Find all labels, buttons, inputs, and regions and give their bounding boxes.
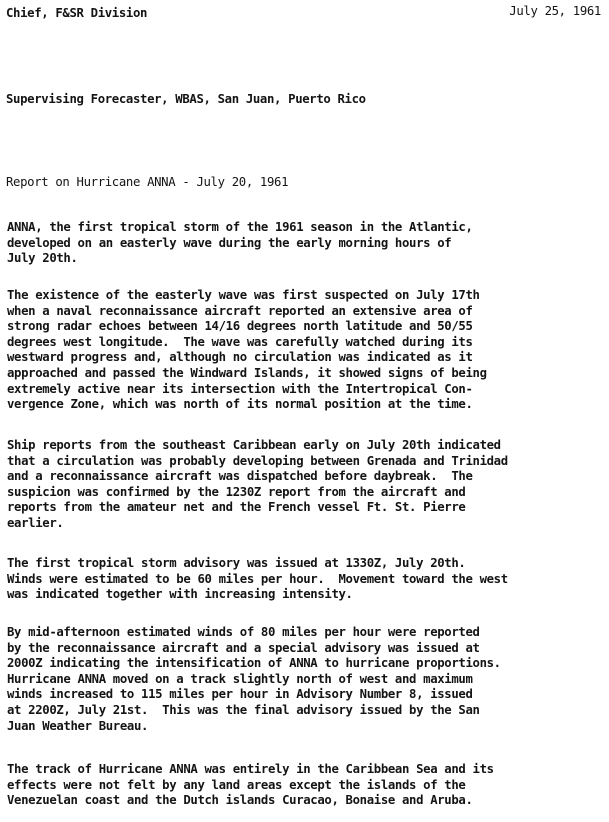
paragraph-line: developed on an easterly wave during the… bbox=[7, 236, 607, 252]
paragraph-intensification: By mid-afternoon estimated winds of 80 m… bbox=[7, 625, 607, 734]
paragraph-line: degrees west longitude. The wave was car… bbox=[7, 335, 607, 351]
paragraph-line: Hurricane ANNA moved on a track slightly… bbox=[7, 672, 607, 688]
paragraph-line: extremely active near its intersection w… bbox=[7, 382, 607, 398]
memo-date: July 25, 1961 bbox=[509, 4, 601, 18]
paragraph-easterly-wave: The existence of the easterly wave was f… bbox=[7, 288, 607, 413]
paragraph-line: approached and passed the Windward Islan… bbox=[7, 366, 607, 382]
paragraph-formation: ANNA, the first tropical storm of the 19… bbox=[7, 220, 607, 267]
memo-subject: Report on Hurricane ANNA - July 20, 1961 bbox=[6, 175, 288, 189]
paragraph-line: The first tropical storm advisory was is… bbox=[7, 556, 607, 572]
paragraph-line: vergence Zone, which was north of its no… bbox=[7, 397, 607, 413]
memo-from-line: Chief, F&SR Division bbox=[6, 6, 147, 20]
paragraph-line: Venezuelan coast and the Dutch islands C… bbox=[7, 793, 607, 809]
paragraph-line: 2000Z indicating the intensification of … bbox=[7, 656, 607, 672]
paragraph-first-advisory: The first tropical storm advisory was is… bbox=[7, 556, 607, 603]
paragraph-line: ANNA, the first tropical storm of the 19… bbox=[7, 220, 607, 236]
paragraph-track: The track of Hurricane ANNA was entirely… bbox=[7, 762, 607, 809]
paragraph-line: The existence of the easterly wave was f… bbox=[7, 288, 607, 304]
paragraph-line: reports from the amateur net and the Fre… bbox=[7, 500, 607, 516]
paragraph-line: Juan Weather Bureau. bbox=[7, 719, 607, 735]
paragraph-line: when a naval reconnaissance aircraft rep… bbox=[7, 304, 607, 320]
paragraph-line: The track of Hurricane ANNA was entirely… bbox=[7, 762, 607, 778]
paragraph-line: suspicion was confirmed by the 1230Z rep… bbox=[7, 485, 607, 501]
paragraph-line: Ship reports from the southeast Caribbea… bbox=[7, 438, 607, 454]
memo-to-line: Supervising Forecaster, WBAS, San Juan, … bbox=[6, 92, 366, 106]
paragraph-line: and a reconnaissance aircraft was dispat… bbox=[7, 469, 607, 485]
paragraph-line: strong radar echoes between 14/16 degree… bbox=[7, 319, 607, 335]
paragraph-line: at 2200Z, July 21st. This was the final … bbox=[7, 703, 607, 719]
paragraph-line: was indicated together with increasing i… bbox=[7, 587, 607, 603]
paragraph-line: July 20th. bbox=[7, 251, 607, 267]
paragraph-line: Winds were estimated to be 60 miles per … bbox=[7, 572, 607, 588]
paragraph-line: winds increased to 115 miles per hour in… bbox=[7, 687, 607, 703]
paragraph-line: by the reconnaissance aircraft and a spe… bbox=[7, 641, 607, 657]
paragraph-ship-reports: Ship reports from the southeast Caribbea… bbox=[7, 438, 607, 532]
paragraph-line: that a circulation was probably developi… bbox=[7, 454, 607, 470]
paragraph-line: earlier. bbox=[7, 516, 607, 532]
paragraph-line: westward progress and, although no circu… bbox=[7, 350, 607, 366]
paragraph-line: By mid-afternoon estimated winds of 80 m… bbox=[7, 625, 607, 641]
paragraph-line: effects were not felt by any land areas … bbox=[7, 778, 607, 794]
memo-page: Chief, F&SR Division July 25, 1961 Super… bbox=[0, 0, 609, 822]
